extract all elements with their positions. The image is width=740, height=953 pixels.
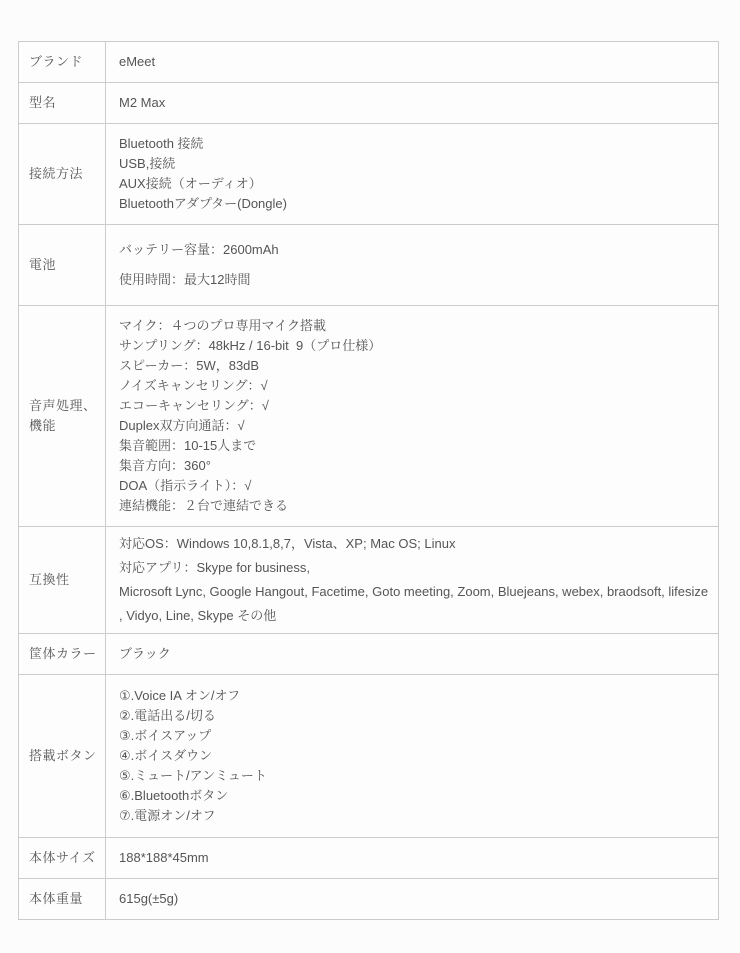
row-value: Bluetooth 接続USB,接続AUX接続（オーディオ）Bluetoothア…	[106, 124, 718, 224]
value-line: ブラック	[119, 644, 705, 664]
row-label: ブランド	[19, 42, 106, 82]
table-row-body-color: 筐体カラーブラック	[19, 634, 718, 675]
row-label: 本体サイズ	[19, 838, 106, 878]
value-line: Bluetooth 接続	[119, 134, 705, 154]
row-value: ブラック	[106, 634, 718, 674]
value-line: 連結機能：２台で連結できる	[119, 496, 705, 516]
row-label: 電池	[19, 225, 106, 305]
table-row-model: 型名M2 Max	[19, 83, 718, 124]
value-line: ⑥.Bluetoothボタン	[119, 786, 705, 806]
row-value: 615g(±5g)	[106, 879, 718, 919]
row-label: 本体重量	[19, 879, 106, 919]
row-value: マイク：４つのプロ専用マイク搭載サンプリング：48kHz / 16-bit 9（…	[106, 306, 718, 526]
row-value: バッテリー容量：2600mAh使用時間：最大12時間	[106, 225, 718, 305]
value-line: ②.電話出る/切る	[119, 706, 705, 726]
value-line: AUX接続（オーディオ）	[119, 174, 705, 194]
value-line: ①.Voice IA オン/オフ	[119, 686, 705, 706]
row-label: 型名	[19, 83, 106, 123]
table-row-audio: 音声処理、機能マイク：４つのプロ専用マイク搭載サンプリング：48kHz / 16…	[19, 306, 718, 527]
value-line: サンプリング：48kHz / 16-bit 9（プロ仕様）	[119, 336, 705, 356]
table-row-compatibility: 互換性対応OS：Windows 10,8.1,8,7，Vista、XP; Mac…	[19, 527, 718, 634]
row-label: 搭載ボタン	[19, 675, 106, 837]
value-line: ④.ボイスダウン	[119, 746, 705, 766]
value-line: マイク：４つのプロ専用マイク搭載	[119, 316, 705, 336]
row-label: 接続方法	[19, 124, 106, 224]
value-line: バッテリー容量：2600mAh	[119, 235, 705, 265]
value-line: ③.ボイスアップ	[119, 726, 705, 746]
value-line: 188*188*45mm	[119, 848, 705, 868]
value-line: Duplex双方向通話：√	[119, 416, 705, 436]
value-line: スピーカー：5W，83dB	[119, 356, 705, 376]
value-line: eMeet	[119, 52, 705, 72]
row-value: ①.Voice IA オン/オフ②.電話出る/切る③.ボイスアップ④.ボイスダウ…	[106, 675, 718, 837]
value-line: , Vidyo, Line, Skype その他	[119, 604, 705, 628]
value-line: DOA（指示ライト）：√	[119, 476, 705, 496]
value-line: エコーキャンセリング：√	[119, 396, 705, 416]
row-label: 互換性	[19, 527, 106, 633]
value-line: Microsoft Lync, Google Hangout, Facetime…	[119, 580, 705, 604]
table-row-body-weight: 本体重量615g(±5g)	[19, 879, 718, 919]
table-row-buttons: 搭載ボタン①.Voice IA オン/オフ②.電話出る/切る③.ボイスアップ④.…	[19, 675, 718, 838]
value-line: ノイズキャンセリング：√	[119, 376, 705, 396]
table-row-battery: 電池バッテリー容量：2600mAh使用時間：最大12時間	[19, 225, 718, 306]
value-line: Bluetoothアダプター(Dongle)	[119, 194, 705, 214]
value-line: M2 Max	[119, 93, 705, 113]
row-value: M2 Max	[106, 83, 718, 123]
value-line: 対応OS：Windows 10,8.1,8,7，Vista、XP; Mac OS…	[119, 532, 705, 556]
table-row-brand: ブランドeMeet	[19, 42, 718, 83]
row-value: 188*188*45mm	[106, 838, 718, 878]
value-line: 集音方向：360°	[119, 456, 705, 476]
row-label: 音声処理、機能	[19, 306, 106, 526]
value-line: 615g(±5g)	[119, 889, 705, 909]
row-value: eMeet	[106, 42, 718, 82]
spec-table: ブランドeMeet型名M2 Max接続方法Bluetooth 接続USB,接続A…	[18, 41, 719, 920]
value-line: ⑤.ミュート/アンミュート	[119, 766, 705, 786]
value-line: USB,接続	[119, 154, 705, 174]
value-line: 使用時間：最大12時間	[119, 265, 705, 295]
table-row-connection: 接続方法Bluetooth 接続USB,接続AUX接続（オーディオ）Blueto…	[19, 124, 718, 225]
value-line: 対応アプリ：Skype for business,	[119, 556, 705, 580]
row-label: 筐体カラー	[19, 634, 106, 674]
value-line: ⑦.電源オン/オフ	[119, 806, 705, 826]
table-row-body-size: 本体サイズ188*188*45mm	[19, 838, 718, 879]
row-value: 対応OS：Windows 10,8.1,8,7，Vista、XP; Mac OS…	[106, 527, 718, 633]
value-line: 集音範囲：10-15人まで	[119, 436, 705, 456]
